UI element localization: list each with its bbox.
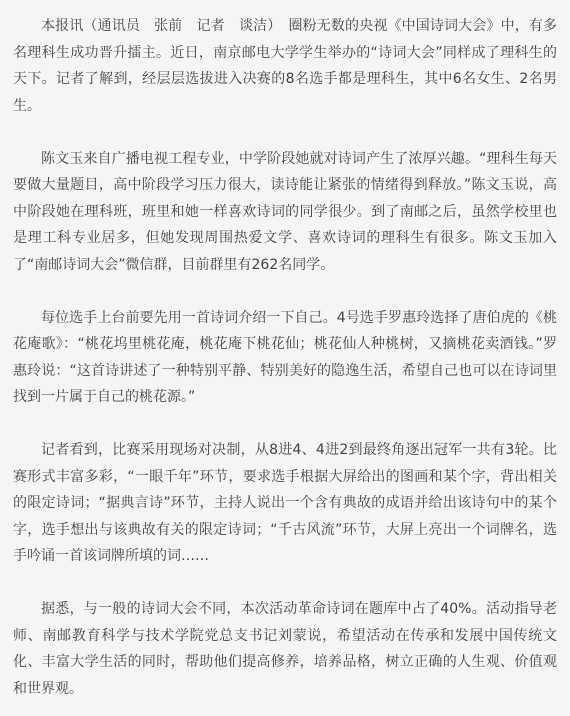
paragraph-lead: 本报讯（通讯员 张前 记者 谈洁） 圈粉无数的央视《中国诗词大会》中，有多名理科… (13, 13, 557, 119)
paragraph-chenwenyu: 陈文玉来自广播电视工程专业，中学阶段她就对诗词产生了浓厚兴趣。“理科生每天要做大… (13, 146, 557, 279)
paragraph-self-intro: 每位选手上台前要先用一首诗词介绍一下自己。4号选手罗惠玲选择了唐伯虎的《桃花庵歌… (13, 305, 557, 411)
paragraph-contest-format: 记者看到，比赛采用现场对决制，从8进4、4进2到最终角逐出冠军一共有3轮。比赛形… (13, 437, 557, 570)
article-body: 本报讯（通讯员 张前 记者 谈洁） 圈粉无数的央视《中国诗词大会》中，有多名理科… (0, 0, 570, 716)
paragraph-closing: 据悉，与一般的诗词大会不同，本次活动革命诗词在题库中占了40%。活动指导老师、南… (13, 596, 557, 702)
